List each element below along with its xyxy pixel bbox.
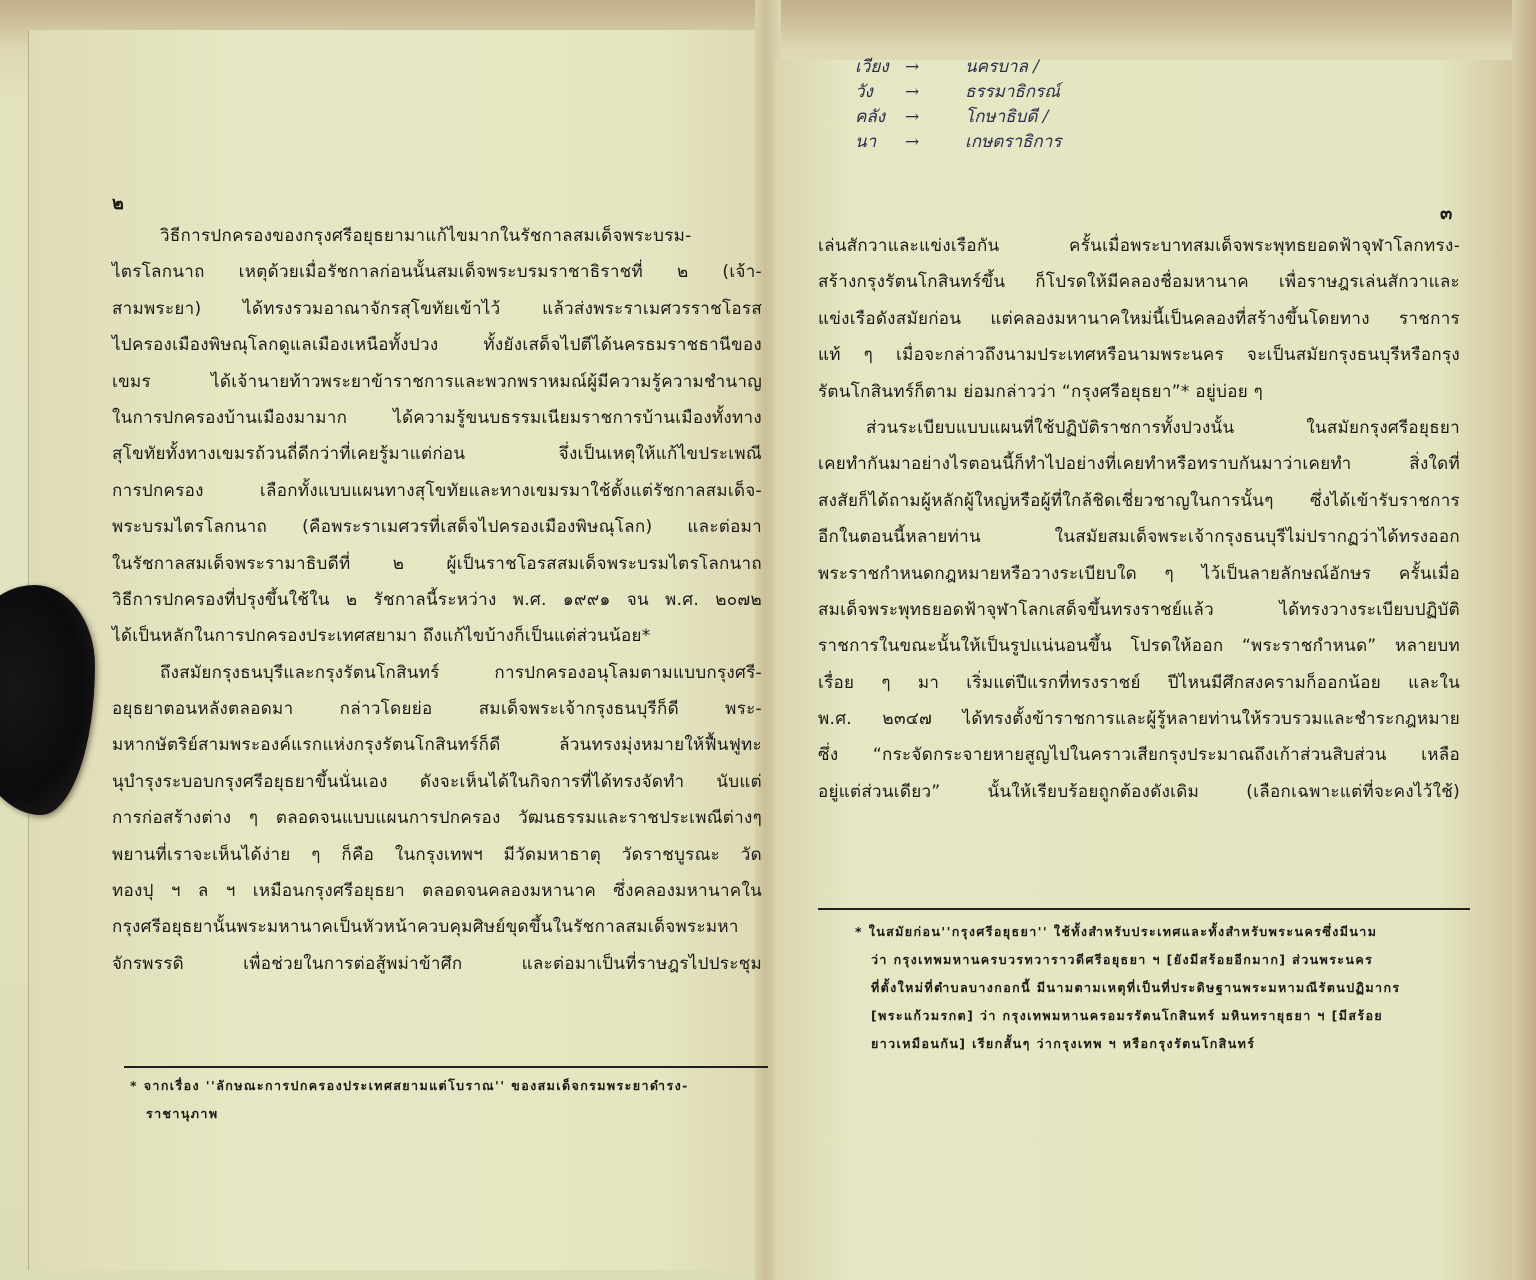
text-line: เล่นสักวาและแข่งเรือกัน ครั้นเมื่อพระบาท…	[818, 228, 1460, 264]
left-page-body: วิธีการปกครองของกรุงศรีอยุธยามาแก้ไขมากใ…	[112, 218, 762, 982]
note-key: นา	[855, 130, 905, 155]
text-line: พยานที่เราจะเห็นได้ง่าย ๆ ก็คือ ในกรุงเท…	[112, 837, 762, 873]
text-line: สุโขทัยทั้งทางเขมรถ้วนถี่ดีกว่าที่เคยรู้…	[112, 436, 762, 472]
text-line: จักรพรรดิ เพื่อช่วยในการต่อสู้พม่าข้าศึก…	[112, 946, 762, 982]
page-number-right: ๓	[1440, 198, 1452, 227]
book-spread: เวียง → นครบาล / วัง → ธรรมาธิกรณ์ คลัง …	[0, 0, 1536, 1280]
note-key: เวียง	[855, 55, 905, 80]
handwritten-notes: เวียง → นครบาล / วัง → ธรรมาธิกรณ์ คลัง …	[855, 55, 1115, 155]
text-line: การก่อสร้างต่าง ๆ ตลอดจนแบบแผนการปกครอง …	[112, 800, 762, 836]
text-line: เขมร ได้เจ้านายท้าวพระยาข้าราชการและพวกพ…	[112, 364, 762, 400]
text-line: พ.ศ. ๒๓๔๗ ได้ทรงตั้งข้าราชการและผู้รู้หล…	[818, 701, 1460, 737]
text-line: สมเด็จพระพุทธยอดฟ้าจุฬาโลกเสด็จขึ้นทรงรา…	[818, 592, 1460, 628]
footnote-line: * จากเรื่อง ''ลักษณะการปกครองประเทศสยามแ…	[130, 1072, 760, 1100]
text-line: ในรัชกาลสมเด็จพระรามาธิบดีที่ ๒ ผู้เป็นร…	[112, 546, 762, 582]
arrow-icon: →	[905, 55, 965, 80]
text-line: ส่วนระเบียบแบบแผนที่ใช้ปฏิบัติราชการทั้ง…	[818, 410, 1460, 446]
text-line: อยู่แต่ส่วนเดียว” นั้นให้เรียบร้อยถูกต้อ…	[818, 774, 1460, 810]
text-line: มหากษัตริย์สามพระองค์แรกแห่งกรุงรัตนโกสิ…	[112, 727, 762, 763]
arrow-icon: →	[905, 105, 965, 130]
note-value: เกษตราธิการ	[965, 130, 1115, 155]
text-line: ถึงสมัยกรุงธนบุรีและกรุงรัตนโกสินทร์ การ…	[112, 655, 762, 691]
text-line: พระบรมไตรโลกนาถ (คือพระราเมศวรที่เสด็จไป…	[112, 509, 762, 545]
text-line: อยุธยาตอนหลังตลอดมา กล่าวโดยย่อ สมเด็จพร…	[112, 691, 762, 727]
text-line: แข่งเรือดังสมัยก่อน แต่คลองมหานาคใหม่นี้…	[818, 301, 1460, 337]
footnote-line: ว่า กรุงเทพมหานครบวรทวาราวดีศรีอยุธยา ฯ …	[855, 946, 1465, 974]
text-line: ไปครองเมืองพิษณุโลกดูแลเมืองเหนือทั้งปวง…	[112, 327, 762, 363]
note-key: คลัง	[855, 105, 905, 130]
text-line: สงสัยก็ได้ถามผู้หลักผู้ใหญ่หรือผู้ที่ใกล…	[818, 483, 1460, 519]
footnote-line: ยาวเหมือนกัน] เรียกสั้นๆ ว่ากรุงเทพ ฯ หร…	[855, 1030, 1465, 1058]
text-line: วิธีการปกครองของกรุงศรีอยุธยามาแก้ไขมากใ…	[112, 218, 762, 254]
handwritten-note-row: วัง → ธรรมาธิกรณ์	[855, 80, 1115, 105]
text-line: การปกครอง เลือกทั้งแบบแผนทางสุโขทัยและทา…	[112, 473, 762, 509]
text-line: รัตนโกสินทร์ก็ตาม ย่อมกล่าวว่า “กรุงศรีอ…	[818, 374, 1460, 410]
handwritten-note-row: คลัง → โกษาธิบดี /	[855, 105, 1115, 130]
text-line: อีกในตอนนี้หลายท่าน ในสมัยสมเด็จพระเจ้าก…	[818, 519, 1460, 555]
text-line: สามพระยา) ได้ทรงรวมอาณาจักรสุโขทัยเข้าไว…	[112, 291, 762, 327]
note-value: โกษาธิบดี /	[965, 105, 1115, 130]
handwritten-note-row: เวียง → นครบาล /	[855, 55, 1115, 80]
note-value: นครบาล /	[965, 55, 1115, 80]
arrow-icon: →	[905, 130, 965, 155]
right-page-body: เล่นสักวาและแข่งเรือกัน ครั้นเมื่อพระบาท…	[818, 228, 1460, 810]
right-page-edge	[1512, 0, 1536, 1280]
text-line: วิธีการปกครองที่ปรุงขึ้นใช้ใน ๒ รัชกาลนี…	[112, 582, 762, 618]
text-line: ทองปุ ฯ ล ฯ เหมือนกรุงศรีอยุธยา ตลอดจนคล…	[112, 873, 762, 909]
text-line: ราชการในขณะนั้นให้เป็นรูปแน่นอนขึ้น โปรด…	[818, 628, 1460, 664]
text-line: กรุงศรีอยุธยานั้นพระมหานาคเป็นหัวหน้าควบ…	[112, 909, 762, 945]
text-line: สร้างกรุงรัตนโกสินทร์ขึ้น ก็โปรดให้มีคลอ…	[818, 264, 1460, 300]
text-line: นุบำรุงระบอบกรุงศรีอยุธยาขึ้นนั่นเอง ดัง…	[112, 764, 762, 800]
text-line: ได้เป็นหลักในการปกครองประเทศสยามา ถึงแก้…	[112, 618, 762, 654]
footnote-divider-right	[818, 908, 1470, 910]
text-line: ในการปกครองบ้านเมืองมามาก ได้ความรู้ขนบธ…	[112, 400, 762, 436]
handwritten-note-row: นา → เกษตราธิการ	[855, 130, 1115, 155]
text-line: แท้ ๆ เมื่อจะกล่าวถึงนามประเทศหรือนามพระ…	[818, 337, 1460, 373]
footnote-line: ราชานุภาพ	[130, 1100, 760, 1128]
text-line: เคยทำกันมาอย่างไรตอนนี้ก็ทำไปอย่างที่เคย…	[818, 446, 1460, 482]
text-line: พระราชกำหนดกฎหมายหรือวางระเบียบใด ๆ ไว้เ…	[818, 556, 1460, 592]
left-footnote: * จากเรื่อง ''ลักษณะการปกครองประเทศสยามแ…	[130, 1072, 760, 1128]
note-key: วัง	[855, 80, 905, 105]
arrow-icon: →	[905, 80, 965, 105]
page-number-left: ๒	[112, 188, 124, 217]
footnote-line: [พระแก้วมรกต] ว่า กรุงเทพมหานครอมรรัตนโก…	[855, 1002, 1465, 1030]
footnote-divider-left	[124, 1066, 768, 1068]
footnote-line: * ในสมัยก่อน''กรุงศรีอยุธยา'' ใช้ทั้งสำห…	[855, 918, 1465, 946]
footnote-line: ที่ตั้งใหม่ที่ตำบลบางกอกนี้ มีนามตามเหตุ…	[855, 974, 1465, 1002]
right-footnote: * ในสมัยก่อน''กรุงศรีอยุธยา'' ใช้ทั้งสำห…	[855, 918, 1465, 1058]
text-line: เรื่อย ๆ มา เริ่มแต่ปีแรกที่ทรงราชย์ ปีไ…	[818, 665, 1460, 701]
text-line: ไตรโลกนาถ เหตุด้วยเมื่อรัชกาลก่อนนั้นสมเ…	[112, 254, 762, 290]
note-value: ธรรมาธิกรณ์	[965, 80, 1115, 105]
text-line: ซึ่ง “กระจัดกระจายหายสูญไปในคราวเสียกรุง…	[818, 737, 1460, 773]
